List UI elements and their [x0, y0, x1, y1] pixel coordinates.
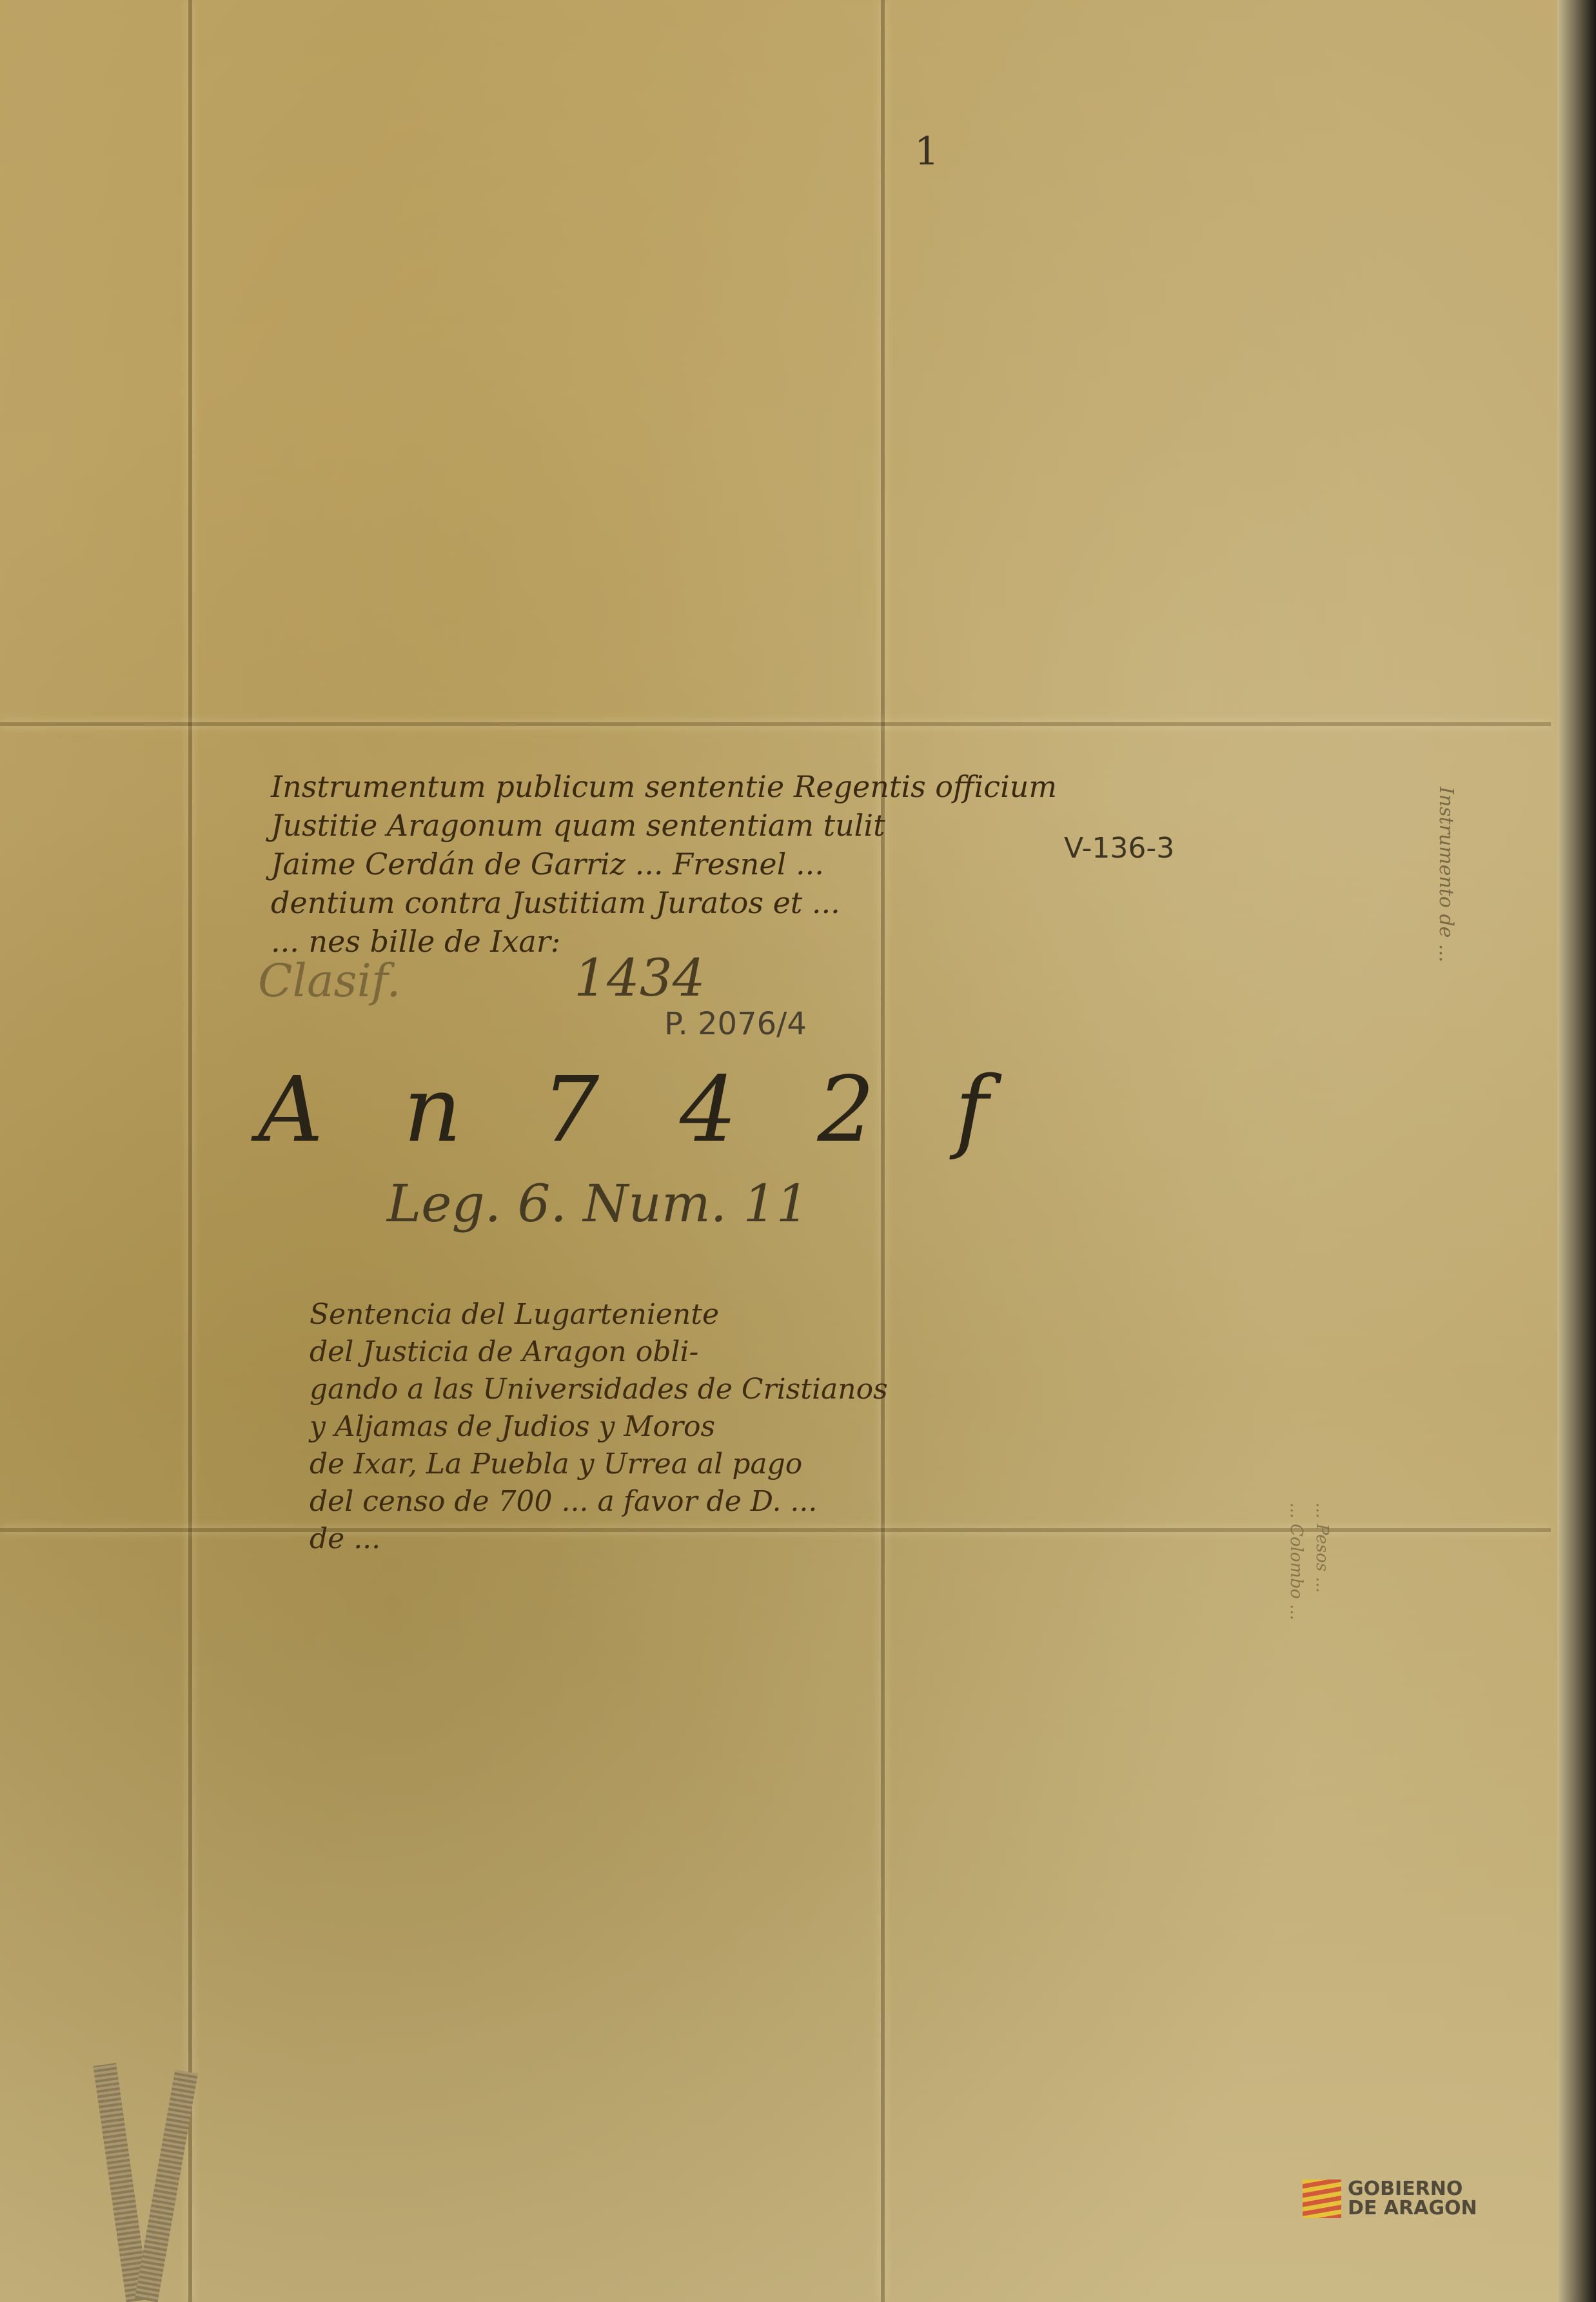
latin-title-note: Instrumentum publicum sententie Regentis…: [271, 767, 851, 961]
bundle-reference: Leg. 6. Num. 11: [387, 1174, 809, 1234]
year-number: 1434: [574, 948, 705, 1008]
summary-line: de Ixar, La Puebla y Urrea al pago: [310, 1446, 888, 1483]
top-mark: 1: [914, 129, 939, 174]
summary-line: y Aljamas de Judios y Moros: [310, 1408, 888, 1446]
parchment-document: 1 Instrumentum publicum sententie Regent…: [0, 0, 1573, 2302]
watermark-line: GOBIERNO: [1348, 2179, 1477, 2199]
vertical-fold-line: [188, 0, 192, 2302]
faint-classification-note: Clasif.: [258, 954, 401, 1007]
vertical-margin-note: Instrumento de ...: [1435, 787, 1457, 963]
summary-line: del Justicia de Aragon obli-: [310, 1333, 888, 1371]
watermark-line: DE ARAGON: [1348, 2199, 1477, 2218]
faint-note-line: ... Colombo ...: [1283, 1502, 1309, 1747]
title-line: dentium contra Justitiam Juratos et ...: [271, 883, 851, 922]
summary-line: gando a las Universidades de Cristianos: [310, 1371, 888, 1408]
watermark-text: GOBIERNO DE ARAGON: [1348, 2179, 1477, 2218]
summary-line: Sentencia del Lugarteniente: [310, 1296, 888, 1333]
title-line: Instrumentum publicum sententie Regentis…: [271, 767, 851, 806]
summary-line: del censo de 700 ... a favor de D. ...: [310, 1483, 888, 1520]
title-line: Justitie Aragonum quam sententiam tulit: [271, 806, 851, 845]
summary-line: de ...: [310, 1520, 888, 1558]
faint-margin-notes: ... Pesos ... ... Colombo ...: [1283, 1502, 1335, 1747]
archive-reference: A n 7 4 2 f: [258, 1058, 1014, 1163]
faint-note-line: ... Pesos ...: [1309, 1502, 1335, 1747]
title-line: Jaime Cerdán de Garriz ... Fresnel ...: [271, 845, 851, 883]
gobierno-de-aragon-watermark: GOBIERNO DE ARAGON: [1303, 2179, 1477, 2218]
page-reference: P. 2076/4: [664, 1006, 807, 1042]
horizontal-fold-line: [0, 722, 1551, 726]
aragon-flag-icon: [1303, 2179, 1341, 2218]
spanish-summary-note: Sentencia del Lugarteniente del Justicia…: [310, 1296, 888, 1558]
parchment-edge: [1557, 0, 1596, 2302]
call-number: V-136-3: [1064, 832, 1174, 865]
